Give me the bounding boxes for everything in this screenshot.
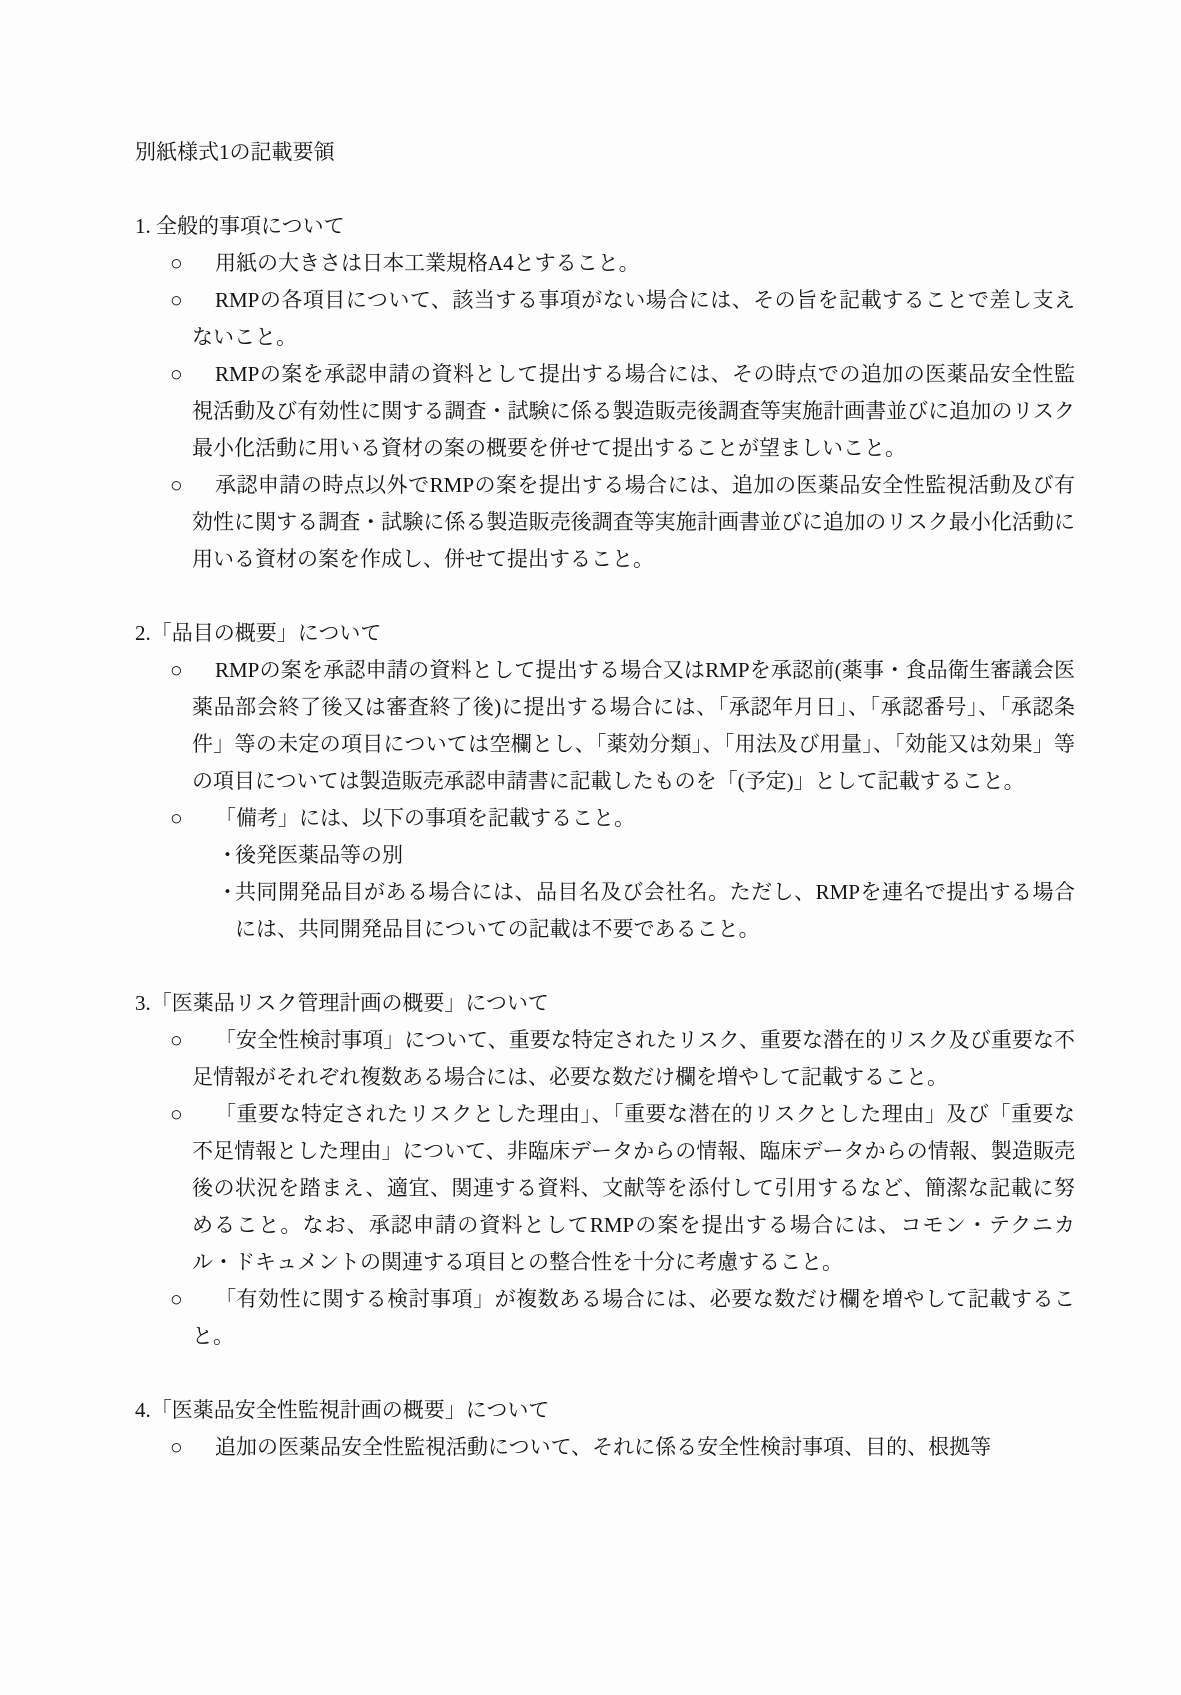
list-item: ○ RMPの案を承認申請の資料として提出する場合又はRMPを承認前(薬事・食品衛…	[135, 652, 1075, 800]
list-item-text: 「有効性に関する検討事項」が複数ある場合には、必要な数だけ欄を増やして記載するこ…	[192, 1287, 1075, 1348]
section-heading: 4.「医薬品安全性監視計画の概要」について	[135, 1392, 1075, 1429]
sub-list-item: ・ 共同開発品目がある場合には、品目名及び会社名。ただし、RMPを連名で提出する…	[135, 874, 1075, 948]
list-item: ○ 承認申請の時点以外でRMPの案を提出する場合には、追加の医薬品安全性監視活動…	[135, 467, 1075, 578]
dot-bullet-icon: ・	[217, 837, 238, 874]
list-item: ○ 「重要な特定されたリスクとした理由」、「重要な潜在的リスクとした理由」及び「…	[135, 1096, 1075, 1281]
circle-bullet-icon: ○	[170, 1022, 183, 1059]
page-title: 別紙様式1の記載要領	[135, 134, 1075, 171]
list-item-text: RMPの各項目について、該当する事項がない場合には、その旨を記載することで差し支…	[192, 288, 1075, 349]
list-item-text: 「安全性検討事項」について、重要な特定されたリスク、重要な潜在的リスク及び重要な…	[192, 1028, 1075, 1089]
section-general: 1. 全般的事項について ○ 用紙の大きさは日本工業規格A4とすること。 ○ R…	[135, 208, 1075, 578]
list-item-text: 追加の医薬品安全性監視活動について、それに係る安全性検討事項、目的、根拠等	[215, 1435, 991, 1459]
section-pharmacovigilance-plan-outline: 4.「医薬品安全性監視計画の概要」について ○ 追加の医薬品安全性監視活動につい…	[135, 1392, 1075, 1466]
list-item: ○ 「備考」には、以下の事項を記載すること。	[135, 800, 1075, 837]
list-item: ○ 「有効性に関する検討事項」が複数ある場合には、必要な数だけ欄を増やして記載す…	[135, 1281, 1075, 1355]
list-item-text: 「備考」には、以下の事項を記載すること。	[215, 806, 635, 830]
dot-bullet-icon: ・	[217, 874, 238, 911]
section-heading: 3.「医薬品リスク管理計画の概要」について	[135, 985, 1075, 1022]
section-heading: 2.「品目の概要」について	[135, 615, 1075, 652]
list-item-text: RMPの案を承認申請の資料として提出する場合又はRMPを承認前(薬事・食品衛生審…	[192, 658, 1075, 793]
section-heading: 1. 全般的事項について	[135, 208, 1075, 245]
sub-list-item-text: 後発医薬品等の別	[235, 843, 403, 867]
sub-list-item: ・ 後発医薬品等の別	[135, 837, 1075, 874]
circle-bullet-icon: ○	[170, 356, 183, 393]
circle-bullet-icon: ○	[170, 1096, 183, 1133]
section-product-outline: 2.「品目の概要」について ○ RMPの案を承認申請の資料として提出する場合又は…	[135, 615, 1075, 948]
circle-bullet-icon: ○	[170, 282, 183, 319]
list-item-text: 「重要な特定されたリスクとした理由」、「重要な潜在的リスクとした理由」及び「重要…	[192, 1102, 1075, 1274]
circle-bullet-icon: ○	[170, 800, 183, 837]
circle-bullet-icon: ○	[170, 652, 183, 689]
list-item: ○ RMPの案を承認申請の資料として提出する場合には、その時点での追加の医薬品安…	[135, 356, 1075, 467]
list-item: ○ 追加の医薬品安全性監視活動について、それに係る安全性検討事項、目的、根拠等	[135, 1429, 1075, 1466]
list-item-text: RMPの案を承認申請の資料として提出する場合には、その時点での追加の医薬品安全性…	[192, 362, 1075, 460]
list-item: ○ 「安全性検討事項」について、重要な特定されたリスク、重要な潜在的リスク及び重…	[135, 1022, 1075, 1096]
circle-bullet-icon: ○	[170, 245, 183, 282]
section-risk-management-plan-outline: 3.「医薬品リスク管理計画の概要」について ○ 「安全性検討事項」について、重要…	[135, 985, 1075, 1355]
list-item: ○ 用紙の大きさは日本工業規格A4とすること。	[135, 245, 1075, 282]
circle-bullet-icon: ○	[170, 467, 183, 504]
list-item-text: 用紙の大きさは日本工業規格A4とすること。	[215, 251, 640, 275]
document-page: 別紙様式1の記載要領 1. 全般的事項について ○ 用紙の大きさは日本工業規格A…	[0, 0, 1181, 1695]
circle-bullet-icon: ○	[170, 1429, 183, 1466]
sub-list-item-text: 共同開発品目がある場合には、品目名及び会社名。ただし、RMPを連名で提出する場合…	[235, 880, 1075, 941]
list-item-text: 承認申請の時点以外でRMPの案を提出する場合には、追加の医薬品安全性監視活動及び…	[192, 473, 1075, 571]
list-item: ○ RMPの各項目について、該当する事項がない場合には、その旨を記載することで差…	[135, 282, 1075, 356]
circle-bullet-icon: ○	[170, 1281, 183, 1318]
